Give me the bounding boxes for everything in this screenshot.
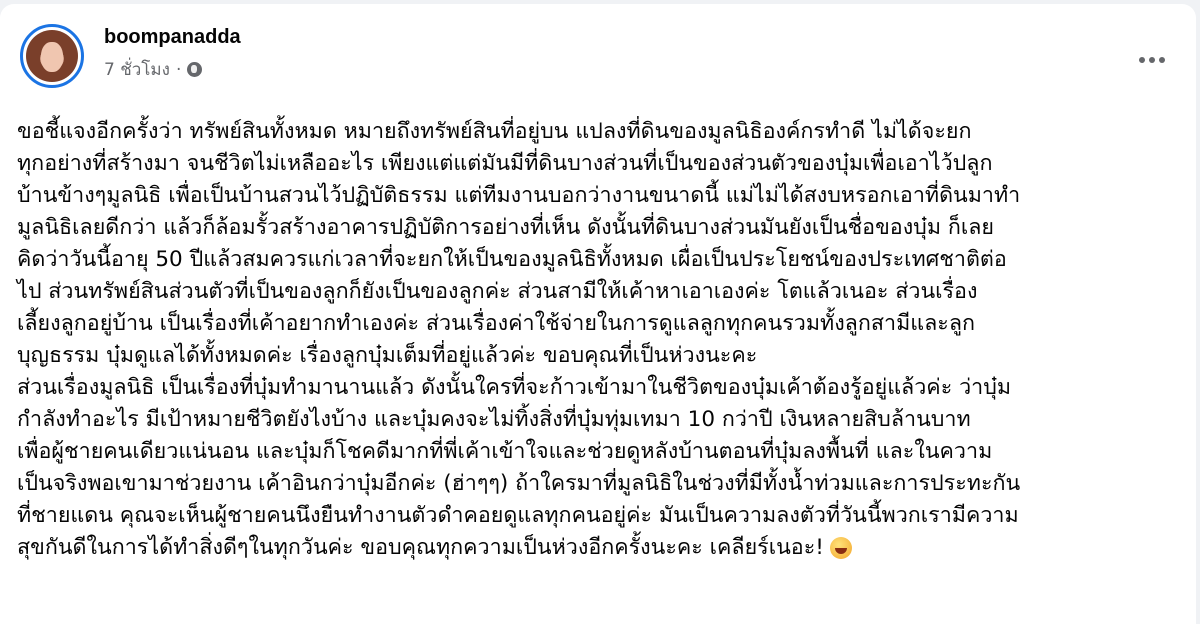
post-line: ที่ชายแดน คุณจะเห็นผู้ชายคนนึงยืนทำงานตั… bbox=[17, 500, 1187, 532]
meta-separator: · bbox=[176, 60, 181, 80]
grinning-squinting-face-icon bbox=[830, 537, 852, 559]
profile-photo bbox=[26, 30, 78, 82]
post-line: บุญธรรม บุ๋มดูแลได้ทั้งหมดค่ะ เรื่องลูกบ… bbox=[17, 340, 1187, 372]
post-time[interactable]: 7 ชั่วโมง bbox=[104, 56, 170, 83]
post-line: ขอชี้แจงอีกครั้งว่า ทรัพย์สินทั้งหมด หมา… bbox=[17, 116, 1187, 148]
post-line-last: สุขกันดีในการได้ทำสิ่งดีๆในทุกวันค่ะ ขอบ… bbox=[17, 532, 1187, 564]
more-dot bbox=[1149, 57, 1155, 63]
post-line: มูลนิธิเลยดีกว่า แล้วก็ล้อมรั้วสร้างอาคา… bbox=[17, 212, 1187, 244]
post-line: เป็นจริงพอเขามาช่วยงาน เค้าอินกว่าบุ๋มอี… bbox=[17, 468, 1187, 500]
post-line: ไป ส่วนทรัพย์สินส่วนตัวที่เป็นของลูกก็ยั… bbox=[17, 276, 1187, 308]
author-name[interactable]: boompanadda bbox=[104, 26, 241, 49]
post-header: boompanadda 7 ชั่วโมง · bbox=[20, 24, 1180, 94]
post-text: ขอชี้แจงอีกครั้งว่า ทรัพย์สินทั้งหมด หมา… bbox=[17, 116, 1187, 564]
post-line: ทุกอย่างที่สร้างมา จนชีวิตไม่เหลืออะไร เ… bbox=[17, 148, 1187, 180]
post-line: เพื่อผู้ชายคนเดียวแน่นอน และบุ๋มก็โชคดีม… bbox=[17, 436, 1187, 468]
post-line: เลี้ยงลูกอยู่บ้าน เป็นเรื่องที่เค้าอยากท… bbox=[17, 308, 1187, 340]
post-line: ส่วนเรื่องมูลนิธิ เป็นเรื่องที่บุ๋มทำมาน… bbox=[17, 372, 1187, 404]
post-line: บ้านข้างๆมูลนิธิ เพื่อเป็นบ้านสวนไว้ปฏิบ… bbox=[17, 180, 1187, 212]
more-dot bbox=[1159, 57, 1165, 63]
globe-icon[interactable] bbox=[187, 62, 202, 77]
post-line: กำลังทำอะไร มีเป้าหมายชีวิตยังไงบ้าง และ… bbox=[17, 404, 1187, 436]
more-horizontal-icon bbox=[1139, 57, 1145, 63]
avatar[interactable] bbox=[20, 24, 84, 88]
post-meta: 7 ชั่วโมง · bbox=[104, 56, 202, 83]
post-line: สุขกันดีในการได้ทำสิ่งดีๆในทุกวันค่ะ ขอบ… bbox=[17, 535, 824, 560]
more-options-button[interactable] bbox=[1134, 52, 1170, 68]
post-card: boompanadda 7 ชั่วโมง · ขอชี้แจงอีกครั้ง… bbox=[0, 4, 1196, 608]
post-line: คิดว่าวันนี้อายุ 50 ปีแล้วสมควรแก่เวลาที… bbox=[17, 244, 1187, 276]
